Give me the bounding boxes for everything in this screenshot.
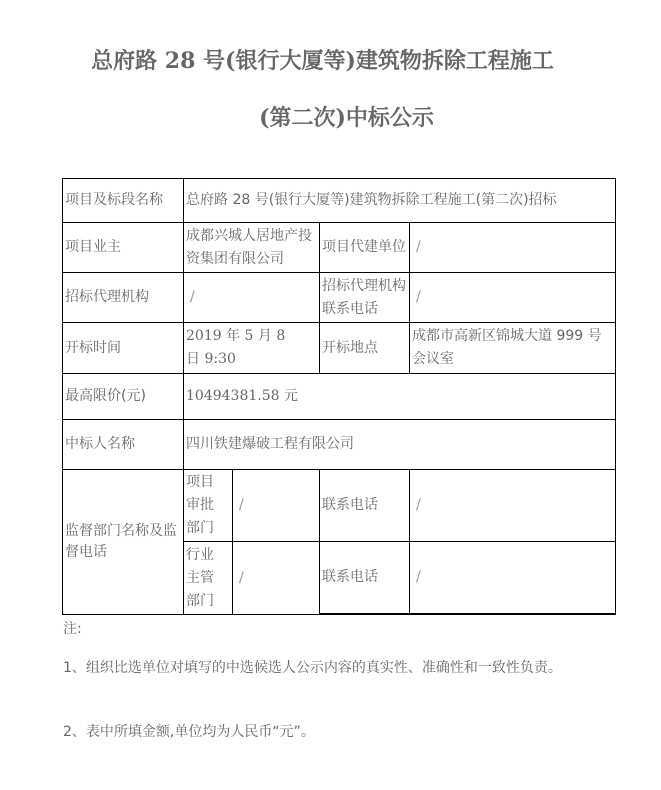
cell-text: 项目业主 xyxy=(65,237,121,258)
row-winner-value: 四川铁建爆破工程有限公司 xyxy=(183,419,616,470)
cell-text: 联系电话 xyxy=(322,495,378,516)
cell-text: 成都市高新区锦城大道 999 号会议室 xyxy=(412,325,613,371)
cell-text: 总府路 28 号(银行大厦等)建筑物拆除工程施工(第二次)招标 xyxy=(186,190,557,211)
cell-text: / xyxy=(412,567,421,588)
supervision-approval-dept-value: / xyxy=(232,469,320,542)
note-item-2: 2、表中所填金额,单位均为人民币“元”。 xyxy=(63,721,603,743)
row-max-price-label: 最高限价(元) xyxy=(62,373,184,420)
row-opening-place-label: 开标地点 xyxy=(319,322,410,374)
row-max-price-value: 10494381.58 元 xyxy=(183,373,616,420)
row-tender-agency-label: 招标代理机构 xyxy=(62,272,184,323)
cell-text: / xyxy=(235,495,244,516)
row-project-name-label: 项目及标段名称 xyxy=(62,178,184,223)
cell-text: 招标代理机构联系电话 xyxy=(322,275,407,321)
row-agency-phone-label: 招标代理机构联系电话 xyxy=(319,272,410,323)
notes-label: 注: xyxy=(63,618,603,640)
row-project-name-value: 总府路 28 号(银行大厦等)建筑物拆除工程施工(第二次)招标 xyxy=(183,178,616,223)
row-agent-builder-label: 项目代建单位 xyxy=(319,222,410,273)
row-owner-value: 成都兴城人居地产投资集团有限公司 xyxy=(183,222,320,273)
supervision-industry-phone-value: / xyxy=(409,541,616,615)
row-agency-phone-value: / xyxy=(409,272,616,323)
cell-text: 开标地点 xyxy=(322,338,378,359)
row-owner-label: 项目业主 xyxy=(62,222,184,273)
cell-text: 10494381.58 元 xyxy=(186,386,298,407)
row-winner-label: 中标人名称 xyxy=(62,419,184,470)
cell-text: 项目及标段名称 xyxy=(65,190,163,211)
row-opening-time-label: 开标时间 xyxy=(62,322,184,374)
cell-text: 开标时间 xyxy=(65,338,121,359)
cell-text: 项目代建单位 xyxy=(322,236,406,259)
cell-text: / xyxy=(412,495,421,516)
cell-text: 行业主管部门 xyxy=(186,544,218,613)
supervision-industry-dept-value: / xyxy=(232,541,320,615)
cell-text: / xyxy=(412,237,421,258)
supervision-approval-phone-label: 联系电话 xyxy=(319,469,410,542)
cell-text: / xyxy=(186,287,195,308)
cell-text: 项目审批部门 xyxy=(186,471,218,540)
note-item-1: 1、组织比选单位对填写的中选候选人公示内容的真实性、准确性和一致性负责。 xyxy=(63,657,603,679)
supervision-industry-phone-label: 联系电话 xyxy=(319,541,410,615)
cell-text: 监督部门名称及监督电话 xyxy=(65,521,179,563)
supervision-approval-phone-value: / xyxy=(409,469,616,542)
cell-text: 2019 年 5 月 8 日 9:30 xyxy=(186,325,301,371)
cell-text: 中标人名称 xyxy=(65,434,135,455)
row-supervision-label: 监督部门名称及监督电话 xyxy=(62,469,184,615)
cell-text: 招标代理机构 xyxy=(65,287,149,308)
cell-text: / xyxy=(412,287,421,308)
cell-text: 联系电话 xyxy=(322,567,378,588)
cell-text: / xyxy=(235,568,244,589)
cell-text: 最高限价(元) xyxy=(65,386,146,407)
row-opening-place-value: 成都市高新区锦城大道 999 号会议室 xyxy=(409,322,616,374)
supervision-industry-dept-label: 行业主管部门 xyxy=(183,541,233,615)
row-agent-builder-value: / xyxy=(409,222,616,273)
row-opening-time-value: 2019 年 5 月 8 日 9:30 xyxy=(183,322,320,374)
row-tender-agency-value: / xyxy=(183,272,320,323)
supervision-approval-dept-label: 项目审批部门 xyxy=(183,469,233,542)
cell-text: 四川铁建爆破工程有限公司 xyxy=(186,434,354,455)
cell-text: 成都兴城人居地产投资集团有限公司 xyxy=(186,225,317,271)
